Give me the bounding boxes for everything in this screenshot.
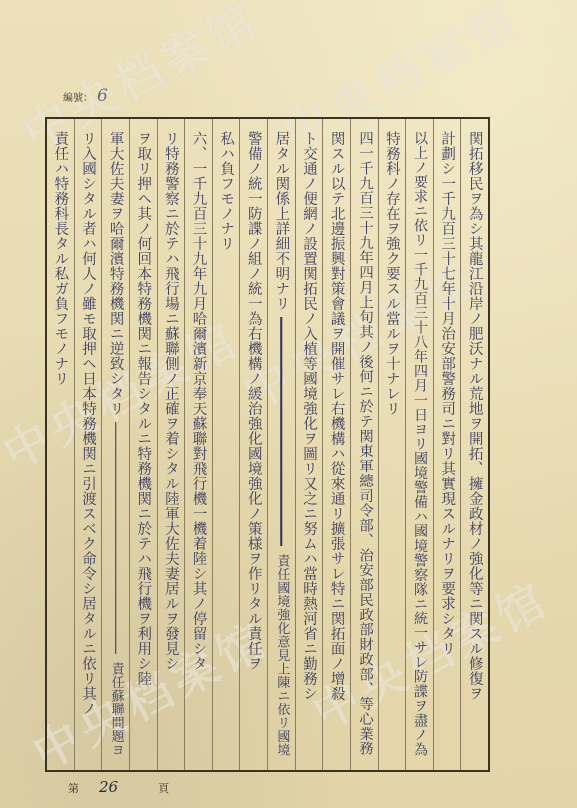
ruled-manuscript-table: 関拓移民ヲ為シ其龍江沿岸ノ肥沃ナル荒地ヲ開拓、擁金政材ノ強化等ニ関スル修復ヲ計劃… <box>45 117 490 772</box>
column-text: 軍大佐夫妻ヲ哈爾濱特務機関ニ逆致シタリ <box>102 131 130 416</box>
manuscript-column: 計劃シ一千九百三十七年十月治安部警務司ニ對リ其實現スルナリヲ要求シタリ <box>433 119 461 770</box>
column-text-lower: 責任國境強化意見上陳ニ依リ國境 <box>267 554 295 757</box>
column-text: 私ハ負フモノナリ <box>212 131 240 251</box>
page-prefix: 第 <box>68 780 79 796</box>
manuscript-column: 居タル関係上詳細不明ナリ責任國境強化意見上陳ニ依リ國境 <box>267 119 295 770</box>
column-text: 警備ノ統一防諜ノ組ノ統一為右機構ノ緩治強化國境強化ノ策様ヲ作リタル責任ヲ <box>240 131 268 671</box>
column-text: 関拓移民ヲ為シ其龍江沿岸ノ肥沃ナル荒地ヲ開拓、擁金政材ノ強化等ニ関スル修復ヲ <box>461 131 489 701</box>
manuscript-column: リ入國シタル者ハ何人ノ雖モ取押ヘ日本特務機関ニ引渡スベク命令シ居タルニ依リ其ノ <box>74 119 102 770</box>
column-text: 六、一千九百三十九年九月哈爾濱新京奉天蘇聯對飛行機一機着陸シ其ノ停留シタ <box>184 131 212 671</box>
column-text: ト交通ノ便網ノ設置関拓民ノ入植等國境強化ヲ圖リ又之ニ努ムハ當時熱河省ニ勤務シ <box>295 131 323 701</box>
column-text: 四一千九百三十九年四月上旬其ノ後何ニ於テ関東軍總司令部、治安部民政部財政部、等心… <box>350 131 378 756</box>
column-text: リ特務警察ニ於テハ飛行場ニ蘇聯側ノ正確ヲ着シタル陸軍大佐夫妻居ルヲ發見シ <box>157 131 185 671</box>
manuscript-column: 責任ハ特務科長タル私ガ負フモノナリ <box>47 119 74 770</box>
manuscript-column: 以上ノ要求ニ依リ一千九百三十八年四月一日ヨリ國境警備ハ國境警察隊ニ統一サレ防諜ヲ… <box>405 119 433 770</box>
column-text: 計劃シ一千九百三十七年十月治安部警務司ニ對リ其實現スルナリヲ要求シタリ <box>433 131 461 656</box>
continuation-rule <box>115 422 117 654</box>
column-text: 特務科ノ存在ヲ強ク要スル當ルヲ十ナレリ <box>378 131 406 416</box>
column-text: 居タル関係上詳細不明ナリ <box>267 131 295 311</box>
column-text: 以上ノ要求ニ依リ一千九百三十八年四月一日ヨリ國境警備ハ國境警察隊ニ統一サレ防諜ヲ… <box>406 131 433 757</box>
column-text-lower: 責任蘇聯問題ヨ <box>102 662 130 757</box>
column-text: リ入國シタル者ハ何人ノ雖モ取押ヘ日本特務機関ニ引渡スベク命令シ居タルニ依リ其ノ <box>74 131 102 716</box>
column-text: ヲ取リ押ヘ其ノ何回本特務機関ニ報告シタルニ特務機関ニ於テハ飛行機ヲ利用シ陸 <box>129 131 157 686</box>
page-suffix: 頁 <box>158 780 169 796</box>
serial-value: 6 <box>97 86 108 106</box>
manuscript-column: 関スル以テ北邊振興對策會議ヲ開催サレ右機構ハ從來通リ擴張サレ特ニ関拓面ノ增殺 <box>322 119 350 770</box>
manuscript-column: 軍大佐夫妻ヲ哈爾濱特務機関ニ逆致シタリ責任蘇聯問題ヨ <box>101 119 129 770</box>
manuscript-column: リ特務警察ニ於テハ飛行場ニ蘇聯側ノ正確ヲ着シタル陸軍大佐夫妻居ルヲ發見シ <box>157 119 185 770</box>
manuscript-column: ト交通ノ便網ノ設置関拓民ノ入植等國境強化ヲ圖リ又之ニ努ムハ當時熱河省ニ勤務シ <box>295 119 323 770</box>
manuscript-column: ヲ取リ押ヘ其ノ何回本特務機関ニ報告シタルニ特務機関ニ於テハ飛行機ヲ利用シ陸 <box>129 119 157 770</box>
column-text: 責任ハ特務科長タル私ガ負フモノナリ <box>46 131 74 386</box>
serial-number: 編號： 6 <box>63 86 108 106</box>
continuation-rule <box>281 317 283 546</box>
manuscript-column: 四一千九百三十九年四月上旬其ノ後何ニ於テ関東軍總司令部、治安部民政部財政部、等心… <box>350 119 378 770</box>
column-text: 関スル以テ北邊振興對策會議ヲ開催サレ右機構ハ從來通リ擴張サレ特ニ関拓面ノ增殺 <box>323 131 351 701</box>
page-number: 26 <box>99 778 118 796</box>
manuscript-column: 関拓移民ヲ為シ其龍江沿岸ノ肥沃ナル荒地ヲ開拓、擁金政材ノ強化等ニ関スル修復ヲ <box>460 119 488 770</box>
manuscript-column: 私ハ負フモノナリ <box>212 119 240 770</box>
manuscript-column: 六、一千九百三十九年九月哈爾濱新京奉天蘇聯對飛行機一機着陸シ其ノ停留シタ <box>184 119 212 770</box>
serial-label: 編號： <box>63 89 93 104</box>
manuscript-column: 特務科ノ存在ヲ強ク要スル當ルヲ十ナレリ <box>378 119 406 770</box>
page-footer: 第 26 頁 <box>68 778 169 796</box>
manuscript-column: 警備ノ統一防諜ノ組ノ統一為右機構ノ緩治強化國境強化ノ策様ヲ作リタル責任ヲ <box>239 119 267 770</box>
